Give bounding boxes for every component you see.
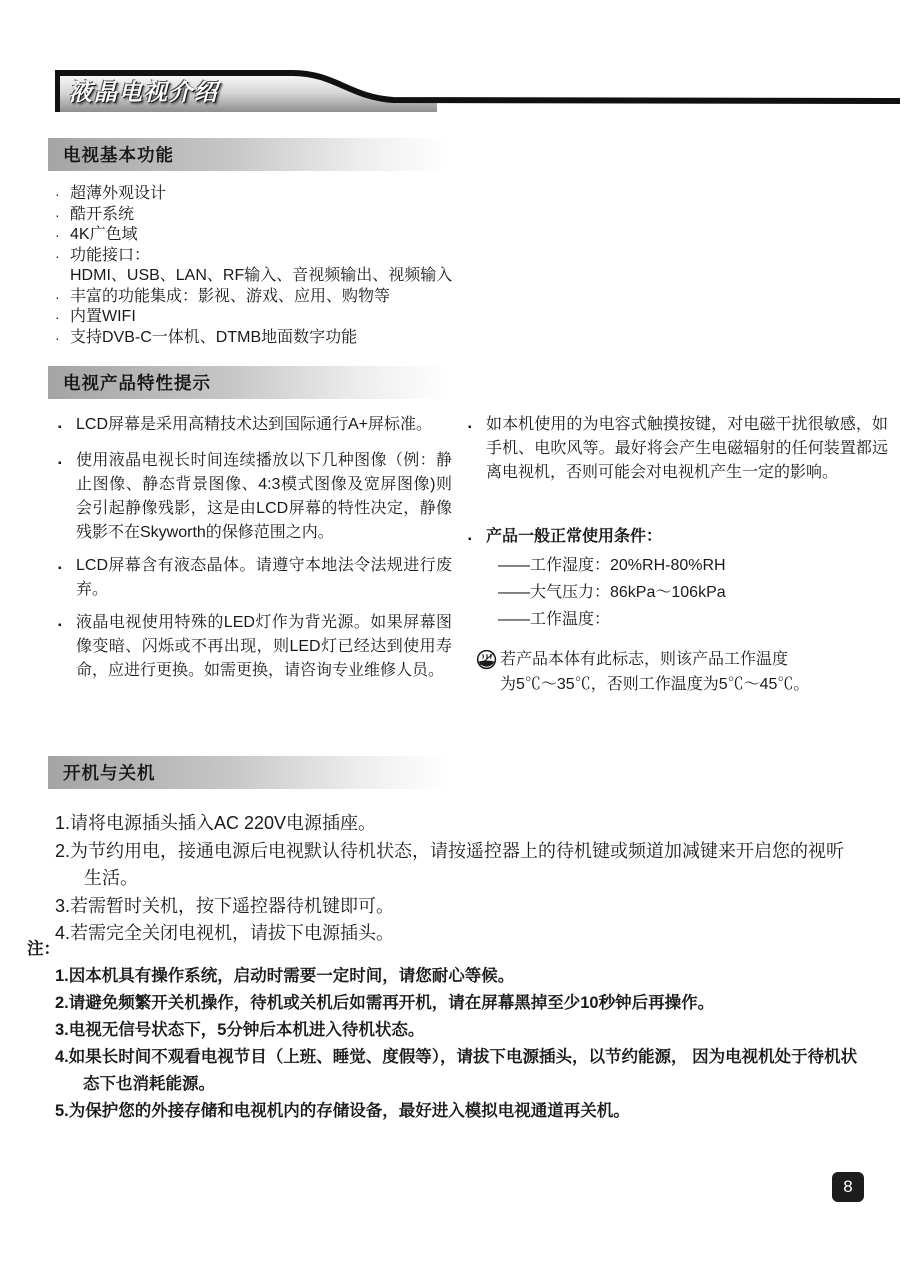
feature-text: LCD屏幕是采用高精技术达到国际通行A+屏标准。 xyxy=(76,413,452,440)
conditions-label: 产品一般正常使用条件： xyxy=(486,525,662,552)
condition-temperature: ——工作温度： xyxy=(498,606,888,633)
dot-bullet-icon: · xyxy=(55,225,70,246)
power-note: 1.因本机具有操作系统，启动时需要一定时间，请您耐心等候。 xyxy=(55,963,860,990)
notes-label: 注： xyxy=(55,936,860,963)
section-header-basic-functions: 电视基本功能 xyxy=(48,138,448,171)
power-note: 4.如果长时间不观看电视节目（上班、睡觉、度假等），请拔下电源插头，以节约能源，… xyxy=(55,1044,860,1098)
power-steps-list: 1.请将电源插头插入AC 220V电源插座。 2.为节约用电，接通电源后电视默认… xyxy=(55,810,855,948)
conditions-label-row: ▪ 产品一般正常使用条件： xyxy=(468,525,888,552)
power-note: 2.请避免频繁开关机操作，待机或关机后如需再开机，请在屏幕黑掉至少10秒钟后再操… xyxy=(55,990,860,1017)
list-item: ·酷开系统 xyxy=(55,205,575,226)
features-right-column: ▪如本机使用的为电容式触摸按键，对电磁干扰很敏感，如手机、电吹风等。最好将会产生… xyxy=(468,413,888,697)
power-step: 1.请将电源插头插入AC 220V电源插座。 xyxy=(55,810,855,838)
dot-bullet-icon: · xyxy=(55,184,70,205)
dot-bullet-icon: · xyxy=(55,287,70,308)
square-bullet-icon: ▪ xyxy=(58,413,76,440)
list-item-text: 超薄外观设计 xyxy=(70,184,166,205)
list-item: ·4K广色域 xyxy=(55,225,575,246)
temperature-note-text: 若产品本体有此标志，则该产品工作温度 为5℃～35℃，否则工作温度为5℃～45℃… xyxy=(500,647,888,697)
feature-text: 液晶电视使用特殊的LED灯作为背光源。如果屏幕图像变暗、闪烁或不再出现，则LED… xyxy=(76,611,452,683)
manual-page: 液晶电视介绍 电视基本功能 ·超薄外观设计 ·酷开系统 ·4K广色域 ·功能接口… xyxy=(0,0,922,1276)
list-item-text: 功能接口： xyxy=(70,246,150,267)
dot-bullet-icon: · xyxy=(55,328,70,349)
chapter-banner: 液晶电视介绍 xyxy=(55,70,900,114)
dot-bullet-icon: · xyxy=(55,307,70,328)
list-item: ·超薄外观设计 xyxy=(55,184,575,205)
section-title-basic: 电视基本功能 xyxy=(63,142,174,167)
power-notes-list: 注： 1.因本机具有操作系统，启动时需要一定时间，请您耐心等候。 2.请避免频繁… xyxy=(55,936,860,1125)
list-item-text: 内置WIFI xyxy=(70,307,136,328)
square-bullet-icon: ▪ xyxy=(468,525,486,552)
square-bullet-icon: ▪ xyxy=(58,611,76,683)
features-left-column: ▪LCD屏幕是采用高精技术达到国际通行A+屏标准。 ▪使用液晶电视长时间连续播放… xyxy=(58,413,452,692)
section-header-product-notes: 电视产品特性提示 xyxy=(48,366,448,399)
list-item-text: HDMI、USB、LAN、RF输入、音视频输出、视频输入 xyxy=(70,266,452,287)
list-item: ·功能接口： xyxy=(55,246,575,267)
section-title-power: 开机与关机 xyxy=(63,760,156,785)
power-step: 2.为节约用电，接通电源后电视默认待机状态，请按遥控器上的待机键或频道加减键来开… xyxy=(55,838,855,893)
condition-pressure: ——大气压力：86kPa～106kPa xyxy=(498,579,888,606)
page-number: 8 xyxy=(843,1177,852,1197)
list-item-text: 支持DVB-C一体机、DTMB地面数字功能 xyxy=(70,328,357,349)
feature-item: ▪液晶电视使用特殊的LED灯作为背光源。如果屏幕图像变暗、闪烁或不再出现，则LE… xyxy=(58,611,452,683)
list-item-text: 酷开系统 xyxy=(70,205,134,226)
feature-text: 使用液晶电视长时间连续播放以下几种图像（例：静止图像、静态背景图像、4:3模式图… xyxy=(76,449,452,545)
square-bullet-icon: ▪ xyxy=(468,413,486,485)
power-note: 3.电视无信号状态下，5分钟后本机进入待机状态。 xyxy=(55,1017,860,1044)
square-bullet-icon: ▪ xyxy=(58,554,76,602)
dot-bullet-icon: · xyxy=(55,246,70,267)
square-bullet-icon: ▪ xyxy=(58,449,76,545)
feature-item: ▪使用液晶电视长时间连续播放以下几种图像（例：静止图像、静态背景图像、4:3模式… xyxy=(58,449,452,545)
section-header-power: 开机与关机 xyxy=(48,756,448,789)
list-item: ·丰富的功能集成：影视、游戏、应用、购物等 xyxy=(55,287,575,308)
feature-item: ▪LCD屏幕是采用高精技术达到国际通行A+屏标准。 xyxy=(58,413,452,440)
list-item-text: 丰富的功能集成：影视、游戏、应用、购物等 xyxy=(70,287,390,308)
page-number-badge: 8 xyxy=(832,1172,864,1202)
conditions-lines: ——工作湿度：20%RH-80%RH ——大气压力：86kPa～106kPa —… xyxy=(468,552,888,633)
basic-functions-list: ·超薄外观设计 ·酷开系统 ·4K广色域 ·功能接口： HDMI、USB、LAN… xyxy=(55,184,575,348)
dot-bullet-icon: · xyxy=(55,205,70,226)
feature-text: 如本机使用的为电容式触摸按键，对电磁干扰很敏感，如手机、电吹风等。最好将会产生电… xyxy=(486,413,888,485)
section-title-product-notes: 电视产品特性提示 xyxy=(63,370,211,395)
feature-text: LCD屏幕含有液态晶体。请遵守本地法令法规进行废弃。 xyxy=(76,554,452,602)
power-step: 3.若需暂时关机，按下遥控器待机键即可。 xyxy=(55,893,855,921)
list-item: ·支持DVB-C一体机、DTMB地面数字功能 xyxy=(55,328,575,349)
operating-conditions: ▪ 产品一般正常使用条件： ——工作湿度：20%RH-80%RH ——大气压力：… xyxy=(468,525,888,697)
list-item: ·内置WIFI xyxy=(55,307,575,328)
feature-item: ▪如本机使用的为电容式触摸按键，对电磁干扰很敏感，如手机、电吹风等。最好将会产生… xyxy=(468,413,888,485)
temperature-note-line1: 若产品本体有此标志，则该产品工作温度 xyxy=(500,651,788,668)
feature-item: ▪LCD屏幕含有液态晶体。请遵守本地法令法规进行废弃。 xyxy=(58,554,452,602)
temperature-note-line2: 为5℃～35℃，否则工作温度为5℃～45℃。 xyxy=(500,676,809,693)
power-note: 5.为保护您的外接存储和电视机内的存储设备，最好进入模拟电视通道再关机。 xyxy=(55,1098,860,1125)
temperature-note: 若产品本体有此标志，则该产品工作温度 为5℃～35℃，否则工作温度为5℃～45℃… xyxy=(468,647,888,697)
hot-surface-warning-icon xyxy=(476,647,500,697)
chapter-title: 液晶电视介绍 xyxy=(69,74,219,107)
list-item-text: 4K广色域 xyxy=(70,225,138,246)
condition-humidity: ——工作湿度：20%RH-80%RH xyxy=(498,552,888,579)
list-item-continuation: HDMI、USB、LAN、RF输入、音视频输出、视频输入 xyxy=(55,266,575,287)
